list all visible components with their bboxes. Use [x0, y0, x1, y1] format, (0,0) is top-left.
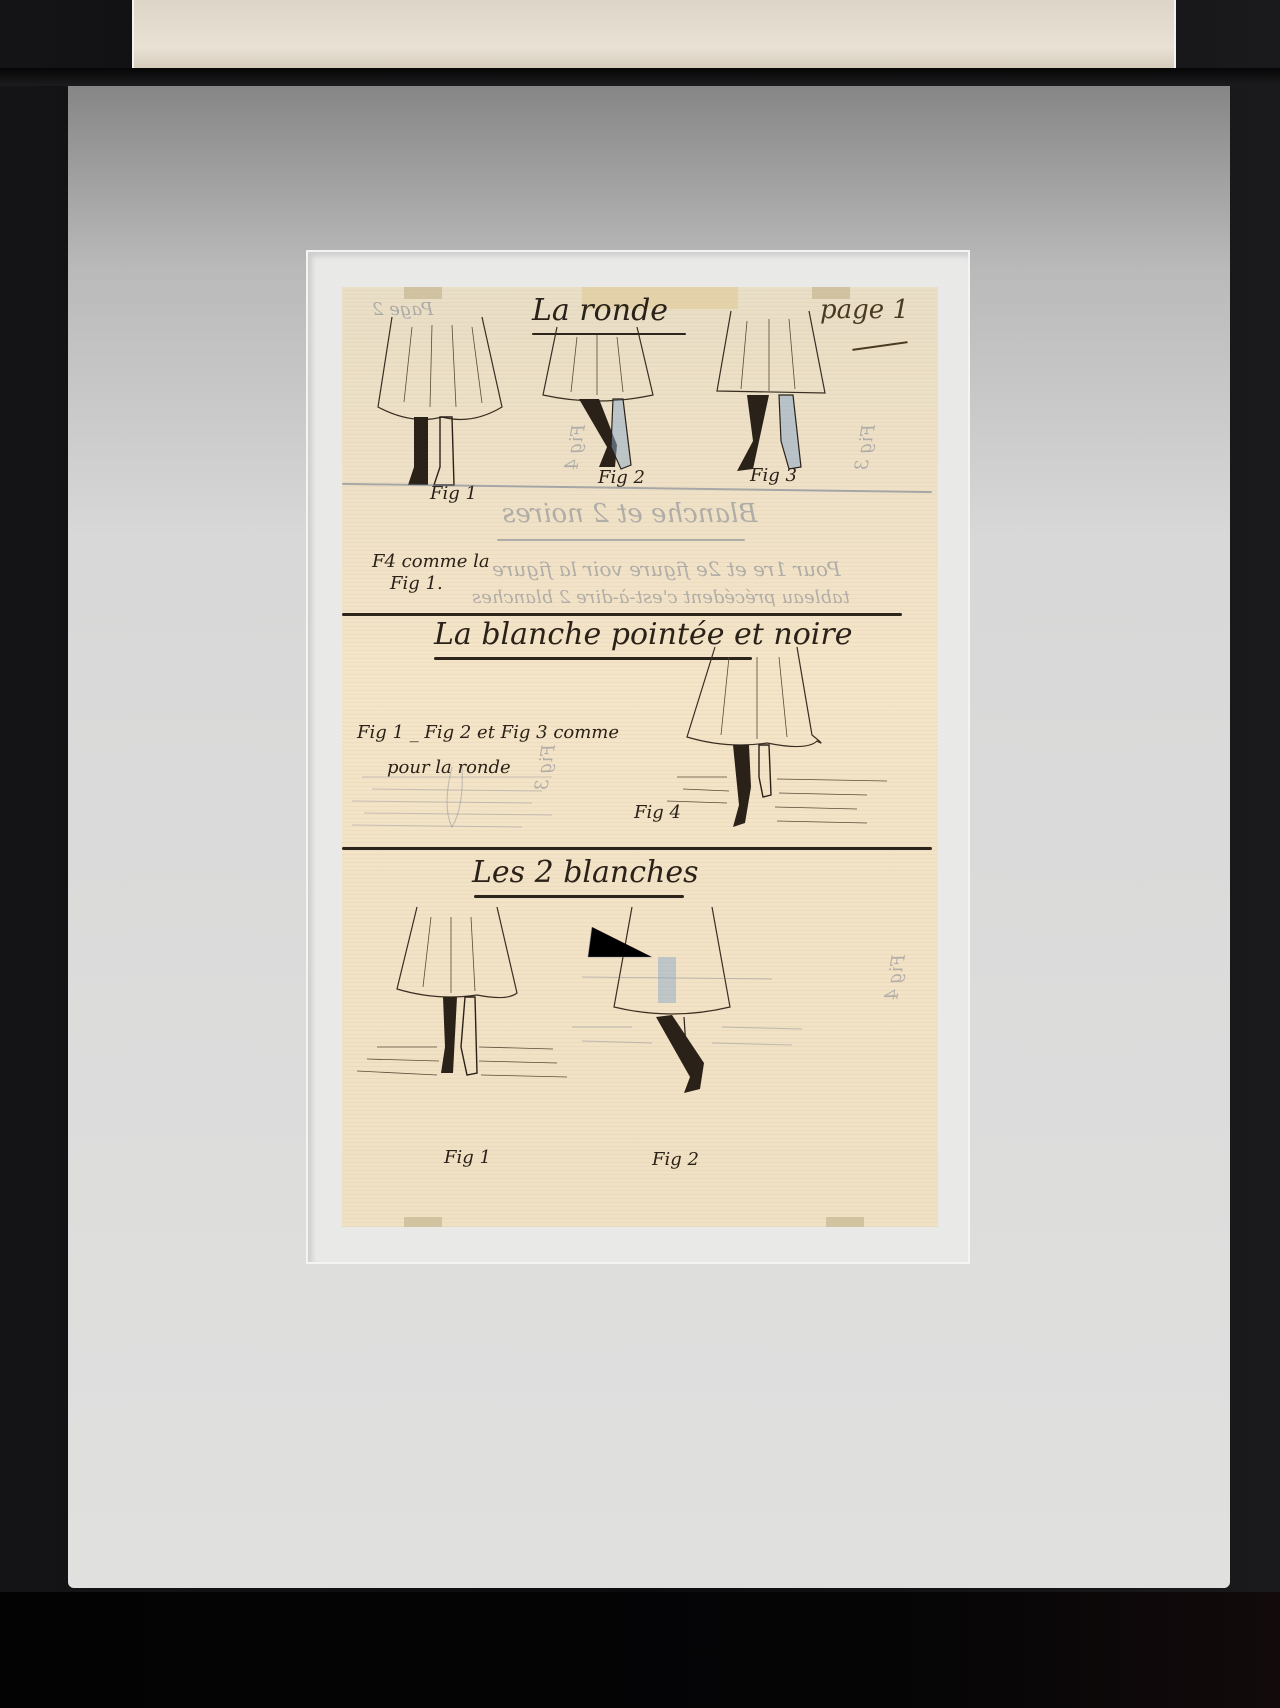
section-divider [342, 613, 902, 616]
sketch-la-ronde-fig2 [537, 307, 657, 477]
sketch-pencil-ghost [352, 727, 592, 837]
manuscript-sheet: Page 2 La ronde page 1 Fig 4 Fig 3 Fig 1… [342, 287, 938, 1227]
fig-caption: Fig 2 [598, 467, 645, 488]
fig-caption: Fig 2 [652, 1149, 699, 1170]
sketch-la-ronde-fig1 [372, 307, 512, 487]
tape-strip [404, 1217, 442, 1227]
sketch-la-ronde-fig3 [707, 301, 837, 481]
sketch-les-2-blanches-fig2 [572, 867, 812, 1107]
tape-strip [404, 287, 442, 299]
frame-top-rail [0, 68, 1280, 86]
fig-caption: Fig 4 [634, 802, 681, 823]
adjacent-mounted-sheet [132, 0, 1176, 68]
sketch-les-2-blanches-fig1 [357, 897, 597, 1097]
tape-strip [826, 1217, 864, 1227]
pencil-section-title: Blanche et 2 noires [502, 499, 757, 529]
pencil-fig-label: Fig 4 [881, 953, 910, 1003]
section-divider [342, 847, 932, 850]
frame-bottom-rail [0, 1592, 1280, 1708]
pencil-note: tableau précédent c'est-à-dire 2 blanche… [472, 587, 850, 608]
ink-note: Fig 1. [390, 573, 443, 594]
sketch-blanche-pointee-fig4 [667, 627, 927, 837]
pencil-fig-label: Fig 3 [851, 423, 880, 473]
pencil-note: Pour 1re et 2e figure voir la figure [492, 557, 841, 581]
fig-caption: Fig 1 [444, 1147, 491, 1168]
page-label-underline [852, 341, 908, 351]
pencil-title-underline [497, 539, 745, 541]
ink-note: F4 comme la [372, 551, 490, 572]
fig-caption: Fig 3 [750, 465, 797, 486]
